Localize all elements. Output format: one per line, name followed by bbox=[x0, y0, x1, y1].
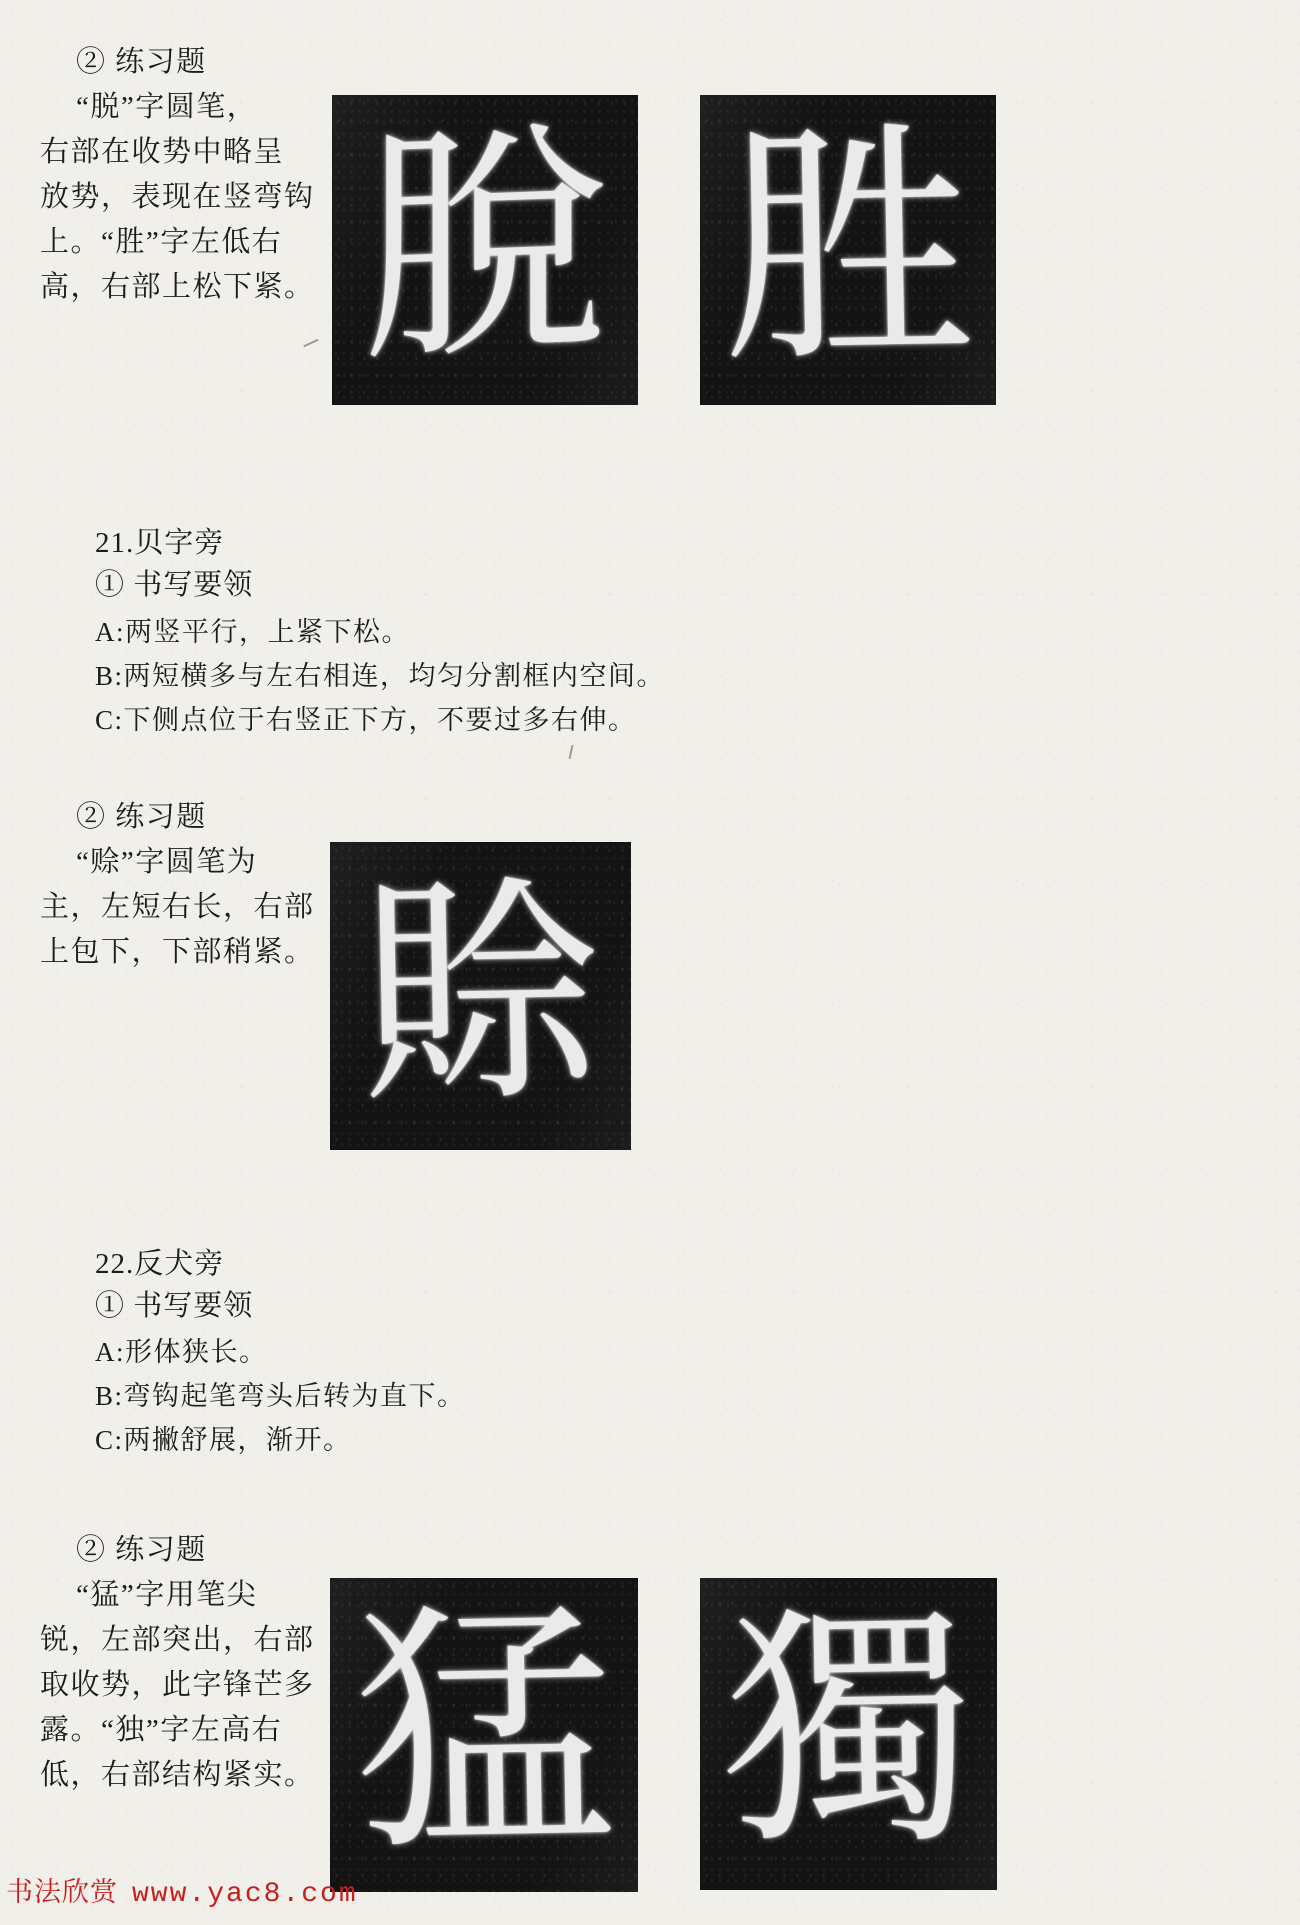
practice2-line: “赊”字圆笔为 bbox=[40, 840, 315, 885]
watermark-site-name: 书法欣赏 bbox=[6, 1877, 118, 1907]
watermark-site-url: www.yac8.com bbox=[132, 1879, 358, 1910]
practice2-line: 主，左短右长，右部 bbox=[40, 885, 315, 930]
practice1-line: 上。“胜”字左低右 bbox=[40, 220, 315, 265]
practice2-line: 上包下，下部稍紧。 bbox=[40, 930, 315, 975]
section22-point-c: C:两撇舒展，渐开。 bbox=[95, 1418, 466, 1462]
rubbing-character-sheng: 胜 bbox=[720, 122, 976, 378]
rubbing-character-she: 賒 bbox=[358, 874, 602, 1118]
calligraphy-rubbing-sheng: 胜 bbox=[700, 95, 996, 405]
practice3-line: “猛”字用笔尖 bbox=[40, 1573, 315, 1618]
section21-point-c: C:下侧点位于右竖正下方，不要过多右伸。 bbox=[95, 698, 665, 742]
rubbing-character-tuo: 脫 bbox=[361, 122, 609, 379]
section22-heading: 22.反犬旁 bbox=[95, 1243, 253, 1285]
practice1-line: “脱”字圆笔， bbox=[40, 85, 315, 130]
practice3-paragraph: ② 练习题 “猛”字用笔尖 锐，左部突出，右部 取收势，此字锋芒多 露。“独”字… bbox=[40, 1528, 315, 1798]
practice1-line: 放势，表现在竖弯钩 bbox=[40, 175, 315, 220]
practice3-title: ② 练习题 bbox=[40, 1528, 315, 1573]
practice3-line: 露。“独”字左高右 bbox=[40, 1708, 315, 1753]
practice1-title: ② 练习题 bbox=[40, 40, 315, 85]
calligraphy-rubbing-du: 獨 bbox=[700, 1578, 997, 1890]
calligraphy-rubbing-meng: 猛 bbox=[330, 1578, 638, 1892]
watermark: 书法欣赏www.yac8.com bbox=[6, 1870, 358, 1910]
section21-points: A:两竖平行，上紧下松。 B:两短横多与左右相连，均匀分割框内空间。 C:下侧点… bbox=[95, 610, 665, 742]
scan-artifact bbox=[569, 745, 574, 759]
practice1-line: 高，右部上松下紧。 bbox=[40, 265, 315, 310]
section22-subheading: ① 书写要领 bbox=[95, 1285, 253, 1327]
section21-point-b: B:两短横多与左右相连，均匀分割框内空间。 bbox=[95, 654, 665, 698]
calligraphy-rubbing-she: 賒 bbox=[330, 842, 631, 1150]
practice1-line: 右部在收势中略呈 bbox=[40, 130, 315, 175]
rubbing-character-meng: 猛 bbox=[352, 1603, 616, 1867]
section21-point-a: A:两竖平行，上紧下松。 bbox=[95, 610, 665, 654]
practice3-line: 锐，左部突出，右部 bbox=[40, 1618, 315, 1663]
section22-points: A:形体狭长。 B:弯钩起笔弯头后转为直下。 C:两撇舒展，渐开。 bbox=[95, 1330, 466, 1462]
section21-heading: 21.贝字旁 bbox=[95, 522, 253, 564]
practice2-title: ② 练习题 bbox=[40, 795, 315, 840]
practice1-paragraph: ② 练习题 “脱”字圆笔， 右部在收势中略呈 放势，表现在竖弯钩 上。“胜”字左… bbox=[40, 40, 315, 310]
scanned-page: ② 练习题 “脱”字圆笔， 右部在收势中略呈 放势，表现在竖弯钩 上。“胜”字左… bbox=[0, 0, 1300, 1925]
section22-headings: 22.反犬旁 ① 书写要领 bbox=[95, 1243, 253, 1327]
section21-subheading: ① 书写要领 bbox=[95, 564, 253, 606]
rubbing-character-du: 獨 bbox=[721, 1607, 975, 1861]
practice2-paragraph: ② 练习题 “赊”字圆笔为 主，左短右长，右部 上包下，下部稍紧。 bbox=[40, 795, 315, 975]
practice3-line: 取收势，此字锋芒多 bbox=[40, 1663, 315, 1708]
section22-point-a: A:形体狭长。 bbox=[95, 1330, 466, 1374]
section21-headings: 21.贝字旁 ① 书写要领 bbox=[95, 522, 253, 606]
scan-artifact bbox=[303, 339, 318, 348]
calligraphy-rubbing-tuo: 脫 bbox=[332, 95, 638, 405]
section22-point-b: B:弯钩起笔弯头后转为直下。 bbox=[95, 1374, 466, 1418]
practice3-line: 低，右部结构紧实。 bbox=[40, 1753, 315, 1798]
